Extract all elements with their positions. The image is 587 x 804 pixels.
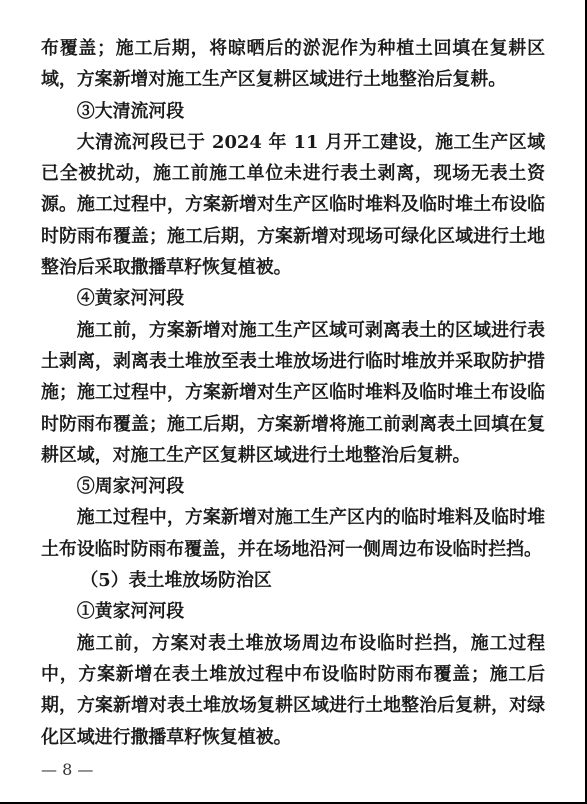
document-body: 布覆盖；施工后期，将晾晒后的淤泥作为种植土回填在复耕区域，方案新增对施工生产区复… bbox=[41, 33, 545, 753]
paragraph-huangjiahe: 施工前，方案新增对施工生产区域可剥离表土的区域进行表土剥离，剥离表土堆放至表土堆… bbox=[41, 315, 545, 471]
subheading-huangjiahe-topsoil: ①黄家河河段 bbox=[41, 596, 545, 627]
subheading-daqingliu: ③大清流河段 bbox=[41, 96, 545, 127]
paragraph-continuation: 布覆盖；施工后期，将晾晒后的淤泥作为种植土回填在复耕区域，方案新增对施工生产区复… bbox=[41, 33, 545, 96]
page-number: — 8 — bbox=[41, 760, 93, 779]
subheading-huangjiahe: ④黄家河河段 bbox=[41, 283, 545, 314]
document-page: 布覆盖；施工后期，将晾晒后的淤泥作为种植土回填在复耕区域，方案新增对施工生产区复… bbox=[0, 0, 587, 804]
paragraph-zhoujiahe: 施工过程中，方案新增对施工生产区内的临时堆料及临时堆土布设临时防雨布覆盖，并在场… bbox=[41, 502, 545, 565]
subheading-zhoujiahe: ⑤周家河河段 bbox=[41, 471, 545, 502]
paragraph-daqingliu: 大清流河段已于 2024 年 11 月开工建设，施工生产区域已全被扰动，施工前施… bbox=[41, 127, 545, 283]
paragraph-huangjiahe-topsoil: 施工前，方案对表土堆放场周边布设临时拦挡，施工过程中，方案新增在表土堆放过程中布… bbox=[41, 628, 545, 753]
section-heading-topsoil-yard: （5）表土堆放场防治区 bbox=[41, 565, 545, 596]
